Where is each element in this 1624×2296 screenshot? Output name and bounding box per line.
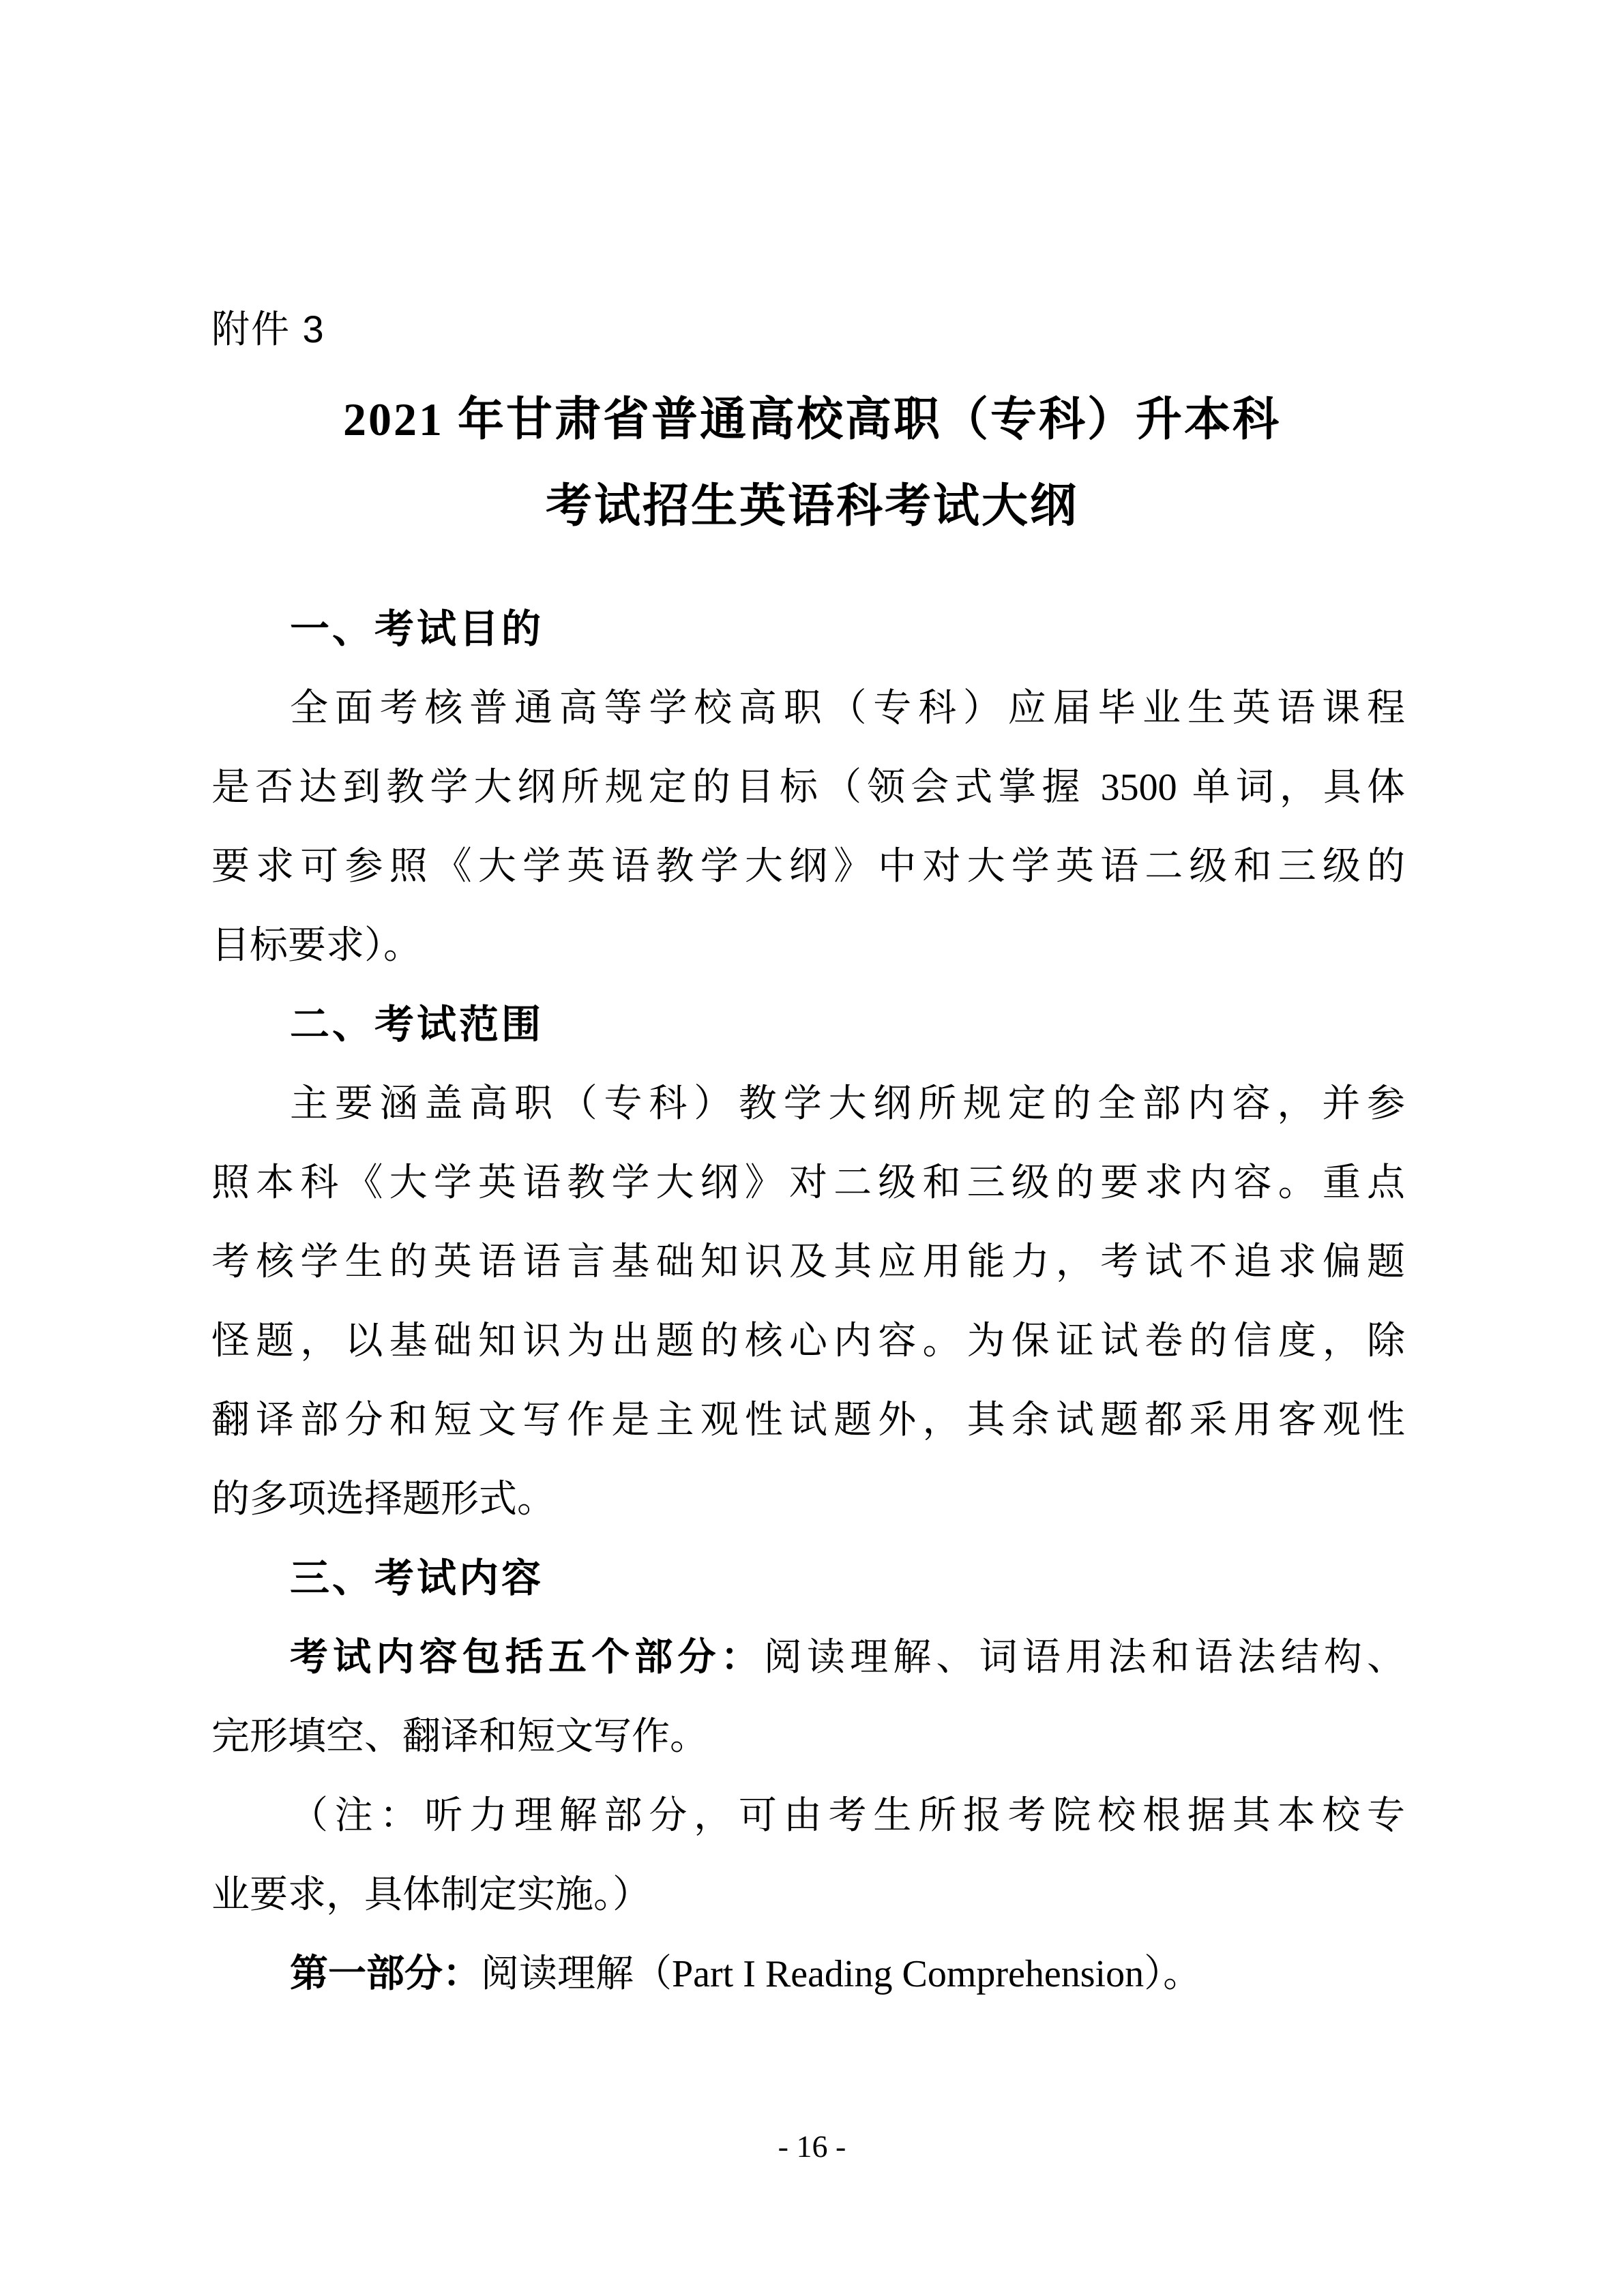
section1-line3: 要求可参照《大学英语教学大纲》中对大学英语二级和三级的 xyxy=(211,827,1405,906)
section3-parts-line2: 完形填空、翻译和短文写作。 xyxy=(211,1697,1405,1776)
section3-note-line2: 业要求，具体制定实施。） xyxy=(211,1855,1405,1935)
section3-parts-line1: 考试内容包括五个部分：阅读理解、词语用法和语法结构、 xyxy=(211,1618,1405,1697)
section1-line1: 全面考核普通高等学校高职（专科）应届毕业生英语课程 xyxy=(211,669,1405,748)
document-title: 2021 年甘肃省普通高校高职（专科）升本科 考试招生英语科考试大纲 xyxy=(0,376,1624,550)
section2-line2: 照本科《大学英语教学大纲》对二级和三级的要求内容。重点 xyxy=(211,1144,1405,1223)
document-body: 一、考试目的 全面考核普通高等学校高职（专科）应届毕业生英语课程 是否达到教学大… xyxy=(211,590,1405,2014)
section2-line4: 怪题，以基础知识为出题的核心内容。为保证试卷的信度，除 xyxy=(211,1302,1405,1381)
document-title-line1: 2021 年甘肃省普通高校高职（专科）升本科 xyxy=(0,376,1624,463)
section3-note-line1: （注：听力理解部分，可由考生所报考院校根据其本校专 xyxy=(211,1776,1405,1855)
section2-line6: 的多项选择题形式。 xyxy=(211,1460,1405,1539)
section3-parts-rest: 阅读理解、词语用法和语法结构、 xyxy=(764,1637,1405,1679)
section2-heading: 二、考试范围 xyxy=(211,985,1405,1064)
section3-part1-rest: 阅读理解（Part I Reading Comprehension）。 xyxy=(481,1953,1201,1995)
section3-part1-label: 第一部分： xyxy=(290,1953,481,1995)
section3-part1-line: 第一部分：阅读理解（Part I Reading Comprehension）。 xyxy=(211,1935,1405,2014)
document-page: 附件 3 2021 年甘肃省普通高校高职（专科）升本科 考试招生英语科考试大纲 … xyxy=(0,0,1624,2296)
section3-parts-label: 考试内容包括五个部分： xyxy=(290,1637,764,1679)
section1-line4: 目标要求）。 xyxy=(211,906,1405,985)
section3-heading: 三、考试内容 xyxy=(211,1539,1405,1618)
section2-line1: 主要涵盖高职（专科）教学大纲所规定的全部内容，并参 xyxy=(211,1064,1405,1144)
document-title-line2: 考试招生英语科考试大纲 xyxy=(0,463,1624,550)
page-number: - 16 - xyxy=(0,2126,1624,2167)
section1-line2: 是否达到教学大纲所规定的目标（领会式掌握 3500 单词，具体 xyxy=(211,748,1405,827)
attachment-label: 附件 3 xyxy=(211,305,325,353)
section1-heading: 一、考试目的 xyxy=(211,590,1405,669)
section2-line5: 翻译部分和短文写作是主观性试题外，其余试题都采用客观性 xyxy=(211,1381,1405,1460)
section2-line3: 考核学生的英语语言基础知识及其应用能力，考试不追求偏题 xyxy=(211,1223,1405,1302)
